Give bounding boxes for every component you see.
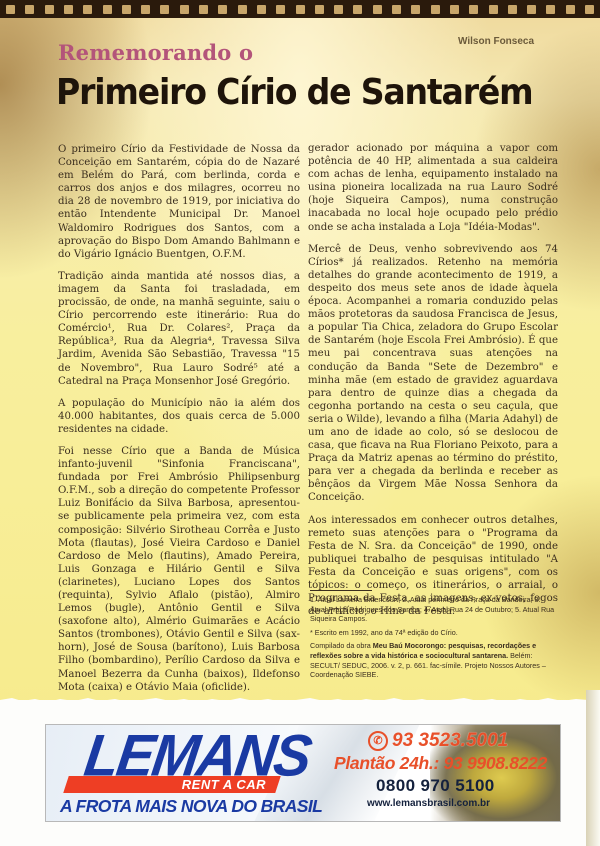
ad-rent-a-car: RENT A CAR [166, 777, 266, 792]
sprocket-hole [122, 5, 131, 14]
footnote-street-names: 1. Atual Lameira Bittencourt; 2. Atual p… [310, 595, 558, 624]
paragraph: gerador acionado por máquina a vapor com… [308, 142, 558, 234]
torn-paper-edge [0, 694, 588, 706]
sprocket-hole [45, 5, 54, 14]
sprocket-hole [257, 5, 266, 14]
sprocket-hole [489, 5, 498, 14]
paragraph: A população do Município não ia além dos… [58, 397, 300, 436]
paragraph: Foi nesse Círio que a Banda de Música in… [58, 445, 300, 694]
sprocket-hole [392, 5, 401, 14]
ad-24h-line[interactable]: Plantão 24h.: 93 9908.8222 [334, 753, 547, 774]
author-byline: Wilson Fonseca [458, 36, 534, 47]
page-edge [586, 690, 600, 846]
sprocket-hole [25, 5, 34, 14]
sprocket-hole [6, 5, 15, 14]
footnote-divider [310, 590, 372, 591]
article-right-column: gerador acionado por máquina a vapor com… [308, 142, 558, 627]
sprocket-hole [296, 5, 305, 14]
footnote-asterisk: * Escrito em 1992, ano da 74ª edição do … [310, 628, 558, 638]
paragraph: O primeiro Círio da Festividade de Nossa… [58, 143, 300, 261]
ad-slogan: A FROTA MAIS NOVA DO BRASIL [60, 796, 322, 817]
ad-phone-number: 93 3523.5001 [392, 730, 508, 751]
ad-toll-free[interactable]: 0800 970 5100 [376, 776, 495, 796]
sprocket-hole [276, 5, 285, 14]
sprocket-hole [566, 5, 575, 14]
sprocket-hole [373, 5, 382, 14]
sprocket-hole [469, 5, 478, 14]
paragraph: Tradição ainda mantida até nossos dias, … [58, 270, 300, 388]
sprocket-hole [315, 5, 324, 14]
sprocket-hole [527, 5, 536, 14]
phone-icon: ✆ [368, 731, 388, 751]
footnotes: 1. Atual Lameira Bittencourt; 2. Atual p… [310, 590, 558, 684]
sprocket-hole [585, 5, 594, 14]
sprocket-hole [103, 5, 112, 14]
article-title: Primeiro Círio de Santarém [56, 72, 532, 113]
filmstrip-border [0, 0, 600, 18]
article-kicker: Rememorando o [58, 40, 253, 65]
sprocket-hole [450, 5, 459, 14]
sprocket-hole [180, 5, 189, 14]
sprocket-hole [141, 5, 150, 14]
sprocket-hole [199, 5, 208, 14]
sprocket-hole [546, 5, 555, 14]
sprocket-hole [431, 5, 440, 14]
sprocket-hole [334, 5, 343, 14]
sprocket-hole [218, 5, 227, 14]
ad-website-link[interactable]: www.lemansbrasil.com.br [367, 798, 490, 809]
paragraph: Mercê de Deus, venho sobrevivendo aos 74… [308, 243, 558, 505]
footnote-source: Compilado da obra Meu Baú Mocorongo: pes… [310, 641, 558, 679]
sprocket-hole [238, 5, 247, 14]
sprocket-hole [508, 5, 517, 14]
ad-phone[interactable]: ✆93 3523.5001 [368, 730, 508, 752]
magazine-page: Wilson Fonseca Rememorando o Primeiro Cí… [0, 0, 600, 846]
sprocket-hole [160, 5, 169, 14]
lemans-advertisement[interactable]: LEMANS RENT A CAR A FROTA MAIS NOVA DO B… [45, 724, 561, 822]
sprocket-hole [353, 5, 362, 14]
sprocket-hole [64, 5, 73, 14]
sprocket-hole [411, 5, 420, 14]
article-left-column: O primeiro Círio da Festividade de Nossa… [58, 143, 300, 764]
sprocket-hole [83, 5, 92, 14]
